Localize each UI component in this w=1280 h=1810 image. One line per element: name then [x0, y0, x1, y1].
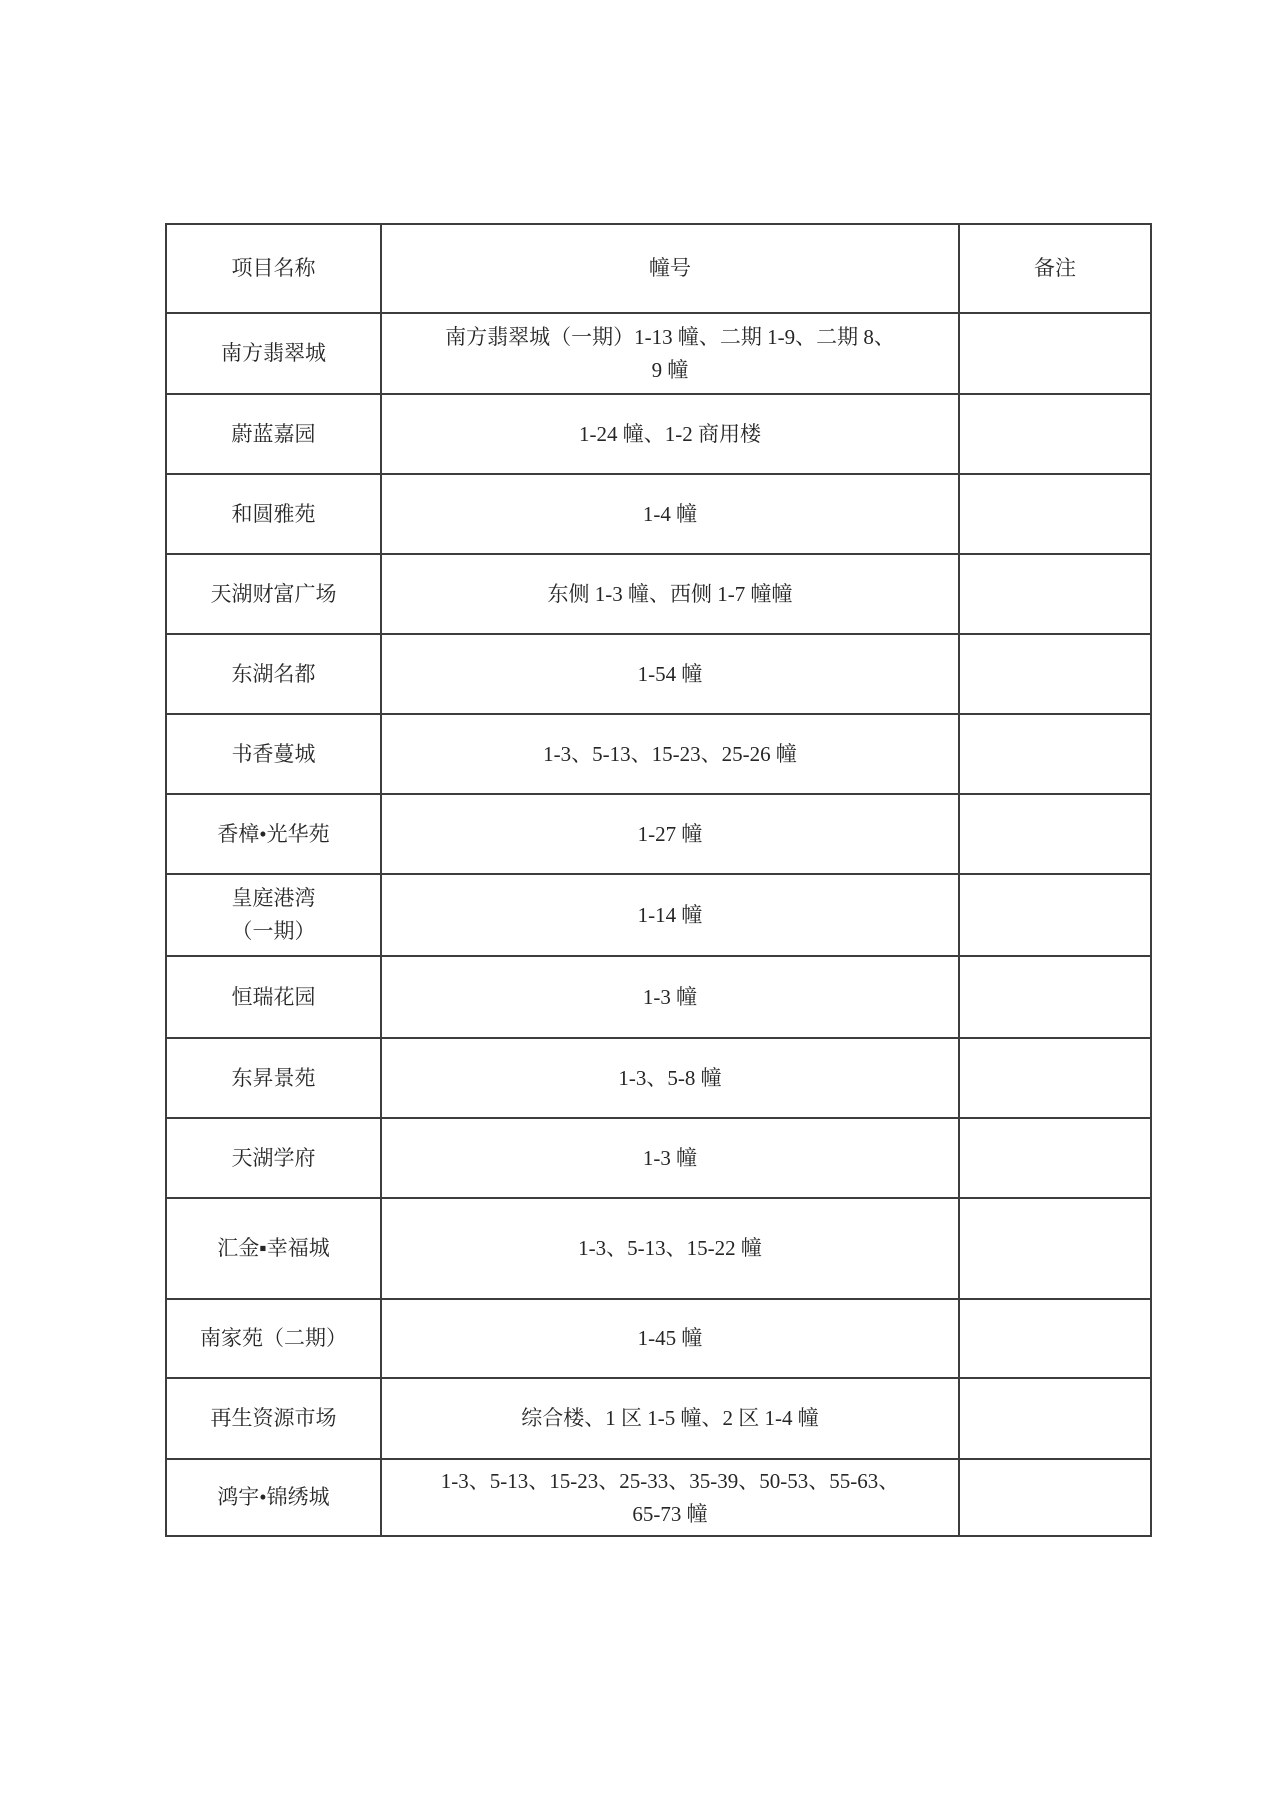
project-name-cell: 南方翡翠城 — [166, 313, 381, 394]
header-project-name: 项目名称 — [166, 224, 381, 313]
building-numbers-cell: 1-3、5-13、15-23、25-26 幢 — [381, 714, 959, 794]
project-name-cell: 天湖财富广场 — [166, 554, 381, 634]
remark-cell — [959, 474, 1151, 554]
project-name-cell: 恒瑞花园 — [166, 956, 381, 1038]
building-numbers-cell: 1-3、5-8 幢 — [381, 1038, 959, 1118]
building-numbers-cell: 1-24 幢、1-2 商用楼 — [381, 394, 959, 474]
remark-cell — [959, 956, 1151, 1038]
table-row: 鸿宇•锦绣城 1-3、5-13、15-23、25-33、35-39、50-53、… — [166, 1459, 1151, 1536]
table-row: 东湖名都 1-54 幢 — [166, 634, 1151, 714]
building-numbers-cell: 东侧 1-3 幢、西侧 1-7 幢幢 — [381, 554, 959, 634]
project-name-cell: 香樟•光华苑 — [166, 794, 381, 874]
remark-cell — [959, 634, 1151, 714]
remark-cell — [959, 313, 1151, 394]
remark-cell — [959, 794, 1151, 874]
building-numbers-cell: 1-3 幢 — [381, 1118, 959, 1198]
building-numbers-cell: 1-4 幢 — [381, 474, 959, 554]
remark-cell — [959, 1459, 1151, 1536]
header-building-number: 幢号 — [381, 224, 959, 313]
remark-cell — [959, 1299, 1151, 1378]
project-name-cell: 皇庭港湾 （一期） — [166, 874, 381, 956]
building-numbers-cell: 1-3、5-13、15-22 幢 — [381, 1198, 959, 1299]
project-name-cell: 东湖名都 — [166, 634, 381, 714]
table-row: 书香蔓城 1-3、5-13、15-23、25-26 幢 — [166, 714, 1151, 794]
building-numbers-cell: 1-14 幢 — [381, 874, 959, 956]
project-name-cell: 南家苑（二期） — [166, 1299, 381, 1378]
remark-cell — [959, 874, 1151, 956]
remark-cell — [959, 554, 1151, 634]
table-row: 天湖财富广场 东侧 1-3 幢、西侧 1-7 幢幢 — [166, 554, 1151, 634]
remark-cell — [959, 714, 1151, 794]
building-numbers-cell: 南方翡翠城（一期）1-13 幢、二期 1-9、二期 8、 9 幢 — [381, 313, 959, 394]
table-row: 天湖学府 1-3 幢 — [166, 1118, 1151, 1198]
project-name-cell: 再生资源市场 — [166, 1378, 381, 1459]
table-row: 和圆雅苑 1-4 幢 — [166, 474, 1151, 554]
buildings-table: 项目名称 幢号 备注 南方翡翠城 南方翡翠城（一期）1-13 幢、二期 1-9、… — [165, 223, 1152, 1537]
building-numbers-cell: 1-3 幢 — [381, 956, 959, 1038]
building-numbers-cell: 综合楼、1 区 1-5 幢、2 区 1-4 幢 — [381, 1378, 959, 1459]
project-name-cell: 蔚蓝嘉园 — [166, 394, 381, 474]
header-remark: 备注 — [959, 224, 1151, 313]
project-name-cell: 鸿宇•锦绣城 — [166, 1459, 381, 1536]
table-row: 再生资源市场 综合楼、1 区 1-5 幢、2 区 1-4 幢 — [166, 1378, 1151, 1459]
project-name-cell: 东昇景苑 — [166, 1038, 381, 1118]
remark-cell — [959, 1038, 1151, 1118]
remark-cell — [959, 1198, 1151, 1299]
table-row: 蔚蓝嘉园 1-24 幢、1-2 商用楼 — [166, 394, 1151, 474]
project-name-cell: 书香蔓城 — [166, 714, 381, 794]
building-numbers-cell: 1-54 幢 — [381, 634, 959, 714]
table-row: 皇庭港湾 （一期） 1-14 幢 — [166, 874, 1151, 956]
remark-cell — [959, 1378, 1151, 1459]
remark-cell — [959, 1118, 1151, 1198]
remark-cell — [959, 394, 1151, 474]
building-numbers-cell: 1-45 幢 — [381, 1299, 959, 1378]
building-numbers-cell: 1-27 幢 — [381, 794, 959, 874]
document-page: 项目名称 幢号 备注 南方翡翠城 南方翡翠城（一期）1-13 幢、二期 1-9、… — [0, 0, 1280, 1810]
table-row: 恒瑞花园 1-3 幢 — [166, 956, 1151, 1038]
project-name-cell: 和圆雅苑 — [166, 474, 381, 554]
table-row: 南方翡翠城 南方翡翠城（一期）1-13 幢、二期 1-9、二期 8、 9 幢 — [166, 313, 1151, 394]
project-name-cell: 汇金▪幸福城 — [166, 1198, 381, 1299]
table-header-row: 项目名称 幢号 备注 — [166, 224, 1151, 313]
table-row: 东昇景苑 1-3、5-8 幢 — [166, 1038, 1151, 1118]
table-row: 南家苑（二期） 1-45 幢 — [166, 1299, 1151, 1378]
project-name-cell: 天湖学府 — [166, 1118, 381, 1198]
table-row: 汇金▪幸福城 1-3、5-13、15-22 幢 — [166, 1198, 1151, 1299]
building-numbers-cell: 1-3、5-13、15-23、25-33、35-39、50-53、55-63、 … — [381, 1459, 959, 1536]
table-row: 香樟•光华苑 1-27 幢 — [166, 794, 1151, 874]
